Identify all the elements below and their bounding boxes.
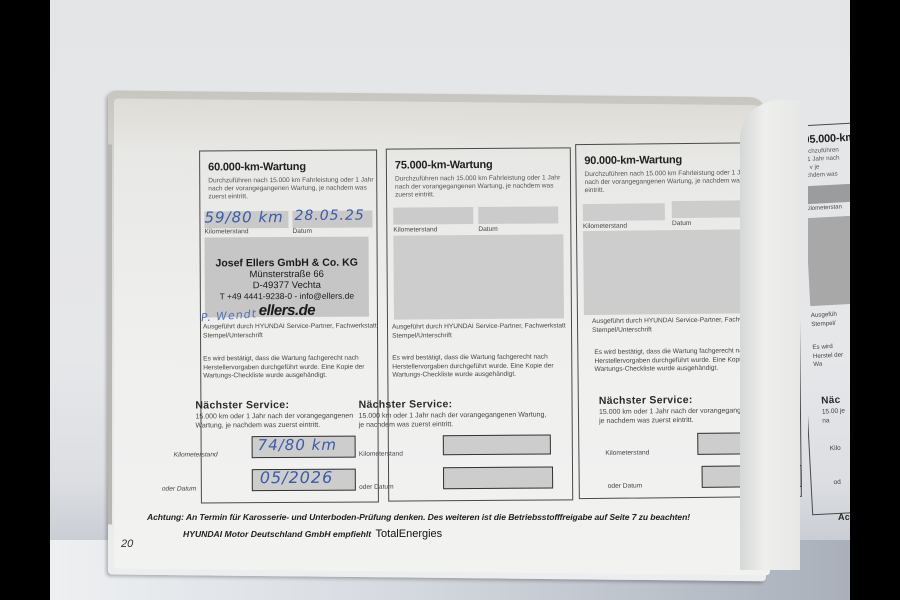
dealer-city: D-49377 Vechta xyxy=(205,280,369,292)
stamp-area xyxy=(583,229,760,315)
performed-by-label: Ausgeführt durch HYUNDAI Service-Partner… xyxy=(203,323,378,341)
card-title: 105.000-km-Wartung xyxy=(808,129,850,146)
inspection-warning: Achtung: An Termin für Karosserie- und U… xyxy=(147,512,690,522)
sponsor-text: HYUNDAI Motor Deutschland GmbH empfiehlt xyxy=(183,529,371,539)
service-card-75000: 75.000-km-Wartung Durchzuführen nach 15.… xyxy=(386,147,573,501)
card-description: Durchzuführen nach 15.000 km Fahrleistun… xyxy=(208,177,378,202)
date-label: Datum xyxy=(672,220,691,227)
next-km-handwritten-value: 74/80 km xyxy=(258,436,337,454)
confirmation-text: Es wird Herstel der Wa xyxy=(812,342,847,369)
service-card-105000-partial: 105.000-km-Wartung Durchzuführen na 1 Ja… xyxy=(808,112,850,532)
next-date-label: oder Datum xyxy=(162,485,196,492)
card-title: 60.000-km-Wartung xyxy=(208,161,306,174)
next-date-handwritten-value: 05/2026 xyxy=(260,468,334,487)
date-label: Datum xyxy=(292,228,311,235)
next-service-title: Näc xyxy=(821,395,841,407)
next-date-field[interactable] xyxy=(443,466,553,489)
next-km-label: Kilometerstand xyxy=(359,451,403,458)
page-edge xyxy=(108,144,112,524)
stamp-label: Stempel/Unterschrift xyxy=(203,331,378,340)
confirmation-text: Es wird bestätigt, dass die Wartung fach… xyxy=(392,353,562,380)
dealer-contact: T +49 4441-9238-0 - info@ellers.de xyxy=(205,291,369,303)
date-handwritten-value: 28.05.25 xyxy=(294,208,364,224)
performed-by-label: Ausgeführt durch HYUNDAI Service-Partner… xyxy=(392,322,572,340)
card-description: Durchzuführen nach 15.000 km Fahrleistun… xyxy=(395,174,565,199)
next-date-label: oder Datum xyxy=(608,482,643,489)
next-service-title: Nächster Service: xyxy=(359,398,453,411)
next-km-field[interactable] xyxy=(443,435,551,456)
date-field[interactable] xyxy=(478,206,558,224)
km-label: Kilometerstan xyxy=(808,204,842,212)
next-km-label: Kilo xyxy=(830,445,841,453)
stamp-label: Stempel/Unterschrift xyxy=(392,331,572,341)
dealer-name: Josef Ellers GmbH & Co. KG xyxy=(205,257,369,270)
stamp-area xyxy=(393,234,564,319)
next-km-label: Kilometerstand xyxy=(605,449,649,456)
service-card-60000: 60.000-km-Wartung Durchzuführen nach 15.… xyxy=(199,150,379,504)
sponsor-brand: TotalEnergies xyxy=(376,528,443,540)
km-field[interactable] xyxy=(393,207,473,225)
next-service-title: Nächster Service: xyxy=(599,394,693,407)
km-field[interactable] xyxy=(808,184,850,205)
next-page-curl xyxy=(740,100,800,570)
km-label: Kilometerstand xyxy=(204,228,248,235)
performed-by-text: Ausgeführt durch HYUNDAI Service-Partner… xyxy=(392,322,572,332)
next-km-label: Kilometerstand xyxy=(174,451,218,458)
km-label: Kilometerstand xyxy=(393,226,437,233)
page-number: 20 xyxy=(121,538,133,550)
date-label: Datum xyxy=(478,226,497,233)
stamp-area xyxy=(808,216,850,306)
warning-partial: Ac xyxy=(838,512,850,522)
confirmation-text: Es wird bestätigt, dass die Wartung fach… xyxy=(203,355,368,381)
km-handwritten-value: 59/80 km xyxy=(204,208,283,226)
card-description: Durchzuführen na 1 Jahr nach der v je na… xyxy=(808,146,844,180)
next-service-description: 15.00 je na xyxy=(822,406,850,425)
next-service-title: Nächster Service: xyxy=(195,399,289,411)
next-date-label: oder Datum xyxy=(359,484,394,491)
card-description: Durchzuführen nach 15.000 km Fahrleistun… xyxy=(584,169,764,195)
performed-by-text: Ausgeführt durch HYUNDAI Service-Partner… xyxy=(203,323,378,332)
service-card-105000: 105.000-km-Wartung Durchzuführen na 1 Ja… xyxy=(808,123,850,516)
sponsor-line: HYUNDAI Motor Deutschland GmbH empfiehlt… xyxy=(183,528,442,540)
km-field[interactable] xyxy=(583,203,665,221)
km-label: Kilometerstand xyxy=(583,223,627,230)
dealer-street: Münsterstraße 66 xyxy=(205,269,369,281)
card-title: 90.000-km-Wartung xyxy=(584,154,682,167)
next-service-description: 15.000 km oder 1 Jahr nach der vorangega… xyxy=(195,412,375,431)
next-service-description: 15.000 km oder 1 Jahr nach der vorangega… xyxy=(359,411,549,430)
card-title: 75.000-km-Wartung xyxy=(395,159,493,172)
performed-by-label: Ausgefüh Stempel/ xyxy=(811,310,850,329)
signature: P. Wendt xyxy=(201,307,258,324)
next-date-label: od xyxy=(833,479,841,486)
